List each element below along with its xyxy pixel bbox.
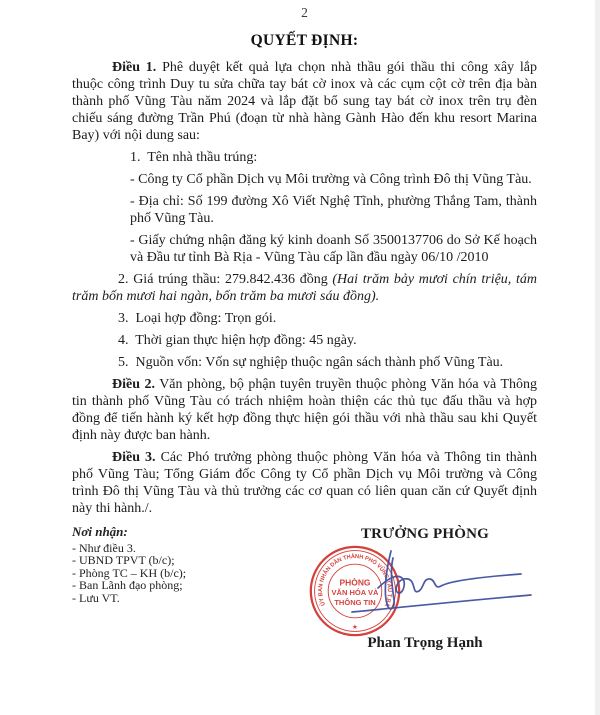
article-1-paragraph: Điều 1. Phê duyệt kết quả lựa chọn nhà t…	[72, 59, 537, 144]
document-body: Điều 1. Phê duyệt kết quả lựa chọn nhà t…	[72, 59, 537, 517]
recipients-block: Nơi nhận: - Như điều 3. - UBND TPVT (b/c…	[72, 526, 186, 604]
address-line: - Địa chỉ: Số 199 đường Xô Viết Nghệ Tĩn…	[130, 193, 537, 227]
contractor-line: - Công ty Cổ phần Dịch vụ Môi trường và …	[130, 171, 537, 188]
signer-title: TRƯỞNG PHÒNG	[300, 526, 550, 543]
recipient-line: - Ban Lãnh đạo phòng;	[72, 579, 186, 592]
recipient-line: - UBND TPVT (b/c);	[72, 554, 186, 567]
signer-name: Phan Trọng Hạnh	[300, 635, 550, 652]
bid-price-text: 2. Giá trúng thầu: 279.842.436 đồng	[118, 272, 332, 287]
recipient-line: - Lưu VT.	[72, 592, 186, 605]
document-footer: Nơi nhận: - Như điều 3. - UBND TPVT (b/c…	[72, 526, 550, 652]
recipients-label: Nơi nhận:	[72, 526, 186, 539]
document-title: QUYẾT ĐỊNH:	[72, 32, 537, 50]
list-item-2: 2. Giá trúng thầu: 279.842.436 đồng (Hai…	[72, 271, 537, 305]
article-2-label: Điều 2.	[112, 377, 155, 392]
list-item-1: 1. Tên nhà thầu trúng:	[72, 149, 537, 166]
signature-block: TRƯỞNG PHÒNG Phan Trọng Hạnh	[300, 526, 550, 652]
article-2-paragraph: Điều 2. Văn phòng, bộ phận tuyên truyền …	[72, 376, 537, 444]
scan-edge-artifact	[595, 0, 600, 715]
business-license-line: - Giấy chứng nhận đăng ký kinh doanh Số …	[130, 232, 537, 266]
list-item-5: 5. Nguồn vốn: Vốn sự nghiệp thuộc ngân s…	[72, 354, 537, 371]
list-item-4: 4. Thời gian thực hiện hợp đồng: 45 ngày…	[72, 332, 537, 349]
page-number: 2	[72, 4, 537, 21]
list-item-3: 3. Loại hợp đồng: Trọn gói.	[72, 310, 537, 327]
document-page: 2 QUYẾT ĐỊNH: Điều 1. Phê duyệt kết quả …	[0, 0, 600, 715]
article-3-paragraph: Điều 3. Các Phó trưởng phòng thuộc phòng…	[72, 449, 537, 517]
article-3-label: Điều 3.	[112, 450, 156, 465]
article-1-label: Điều 1.	[112, 60, 156, 75]
